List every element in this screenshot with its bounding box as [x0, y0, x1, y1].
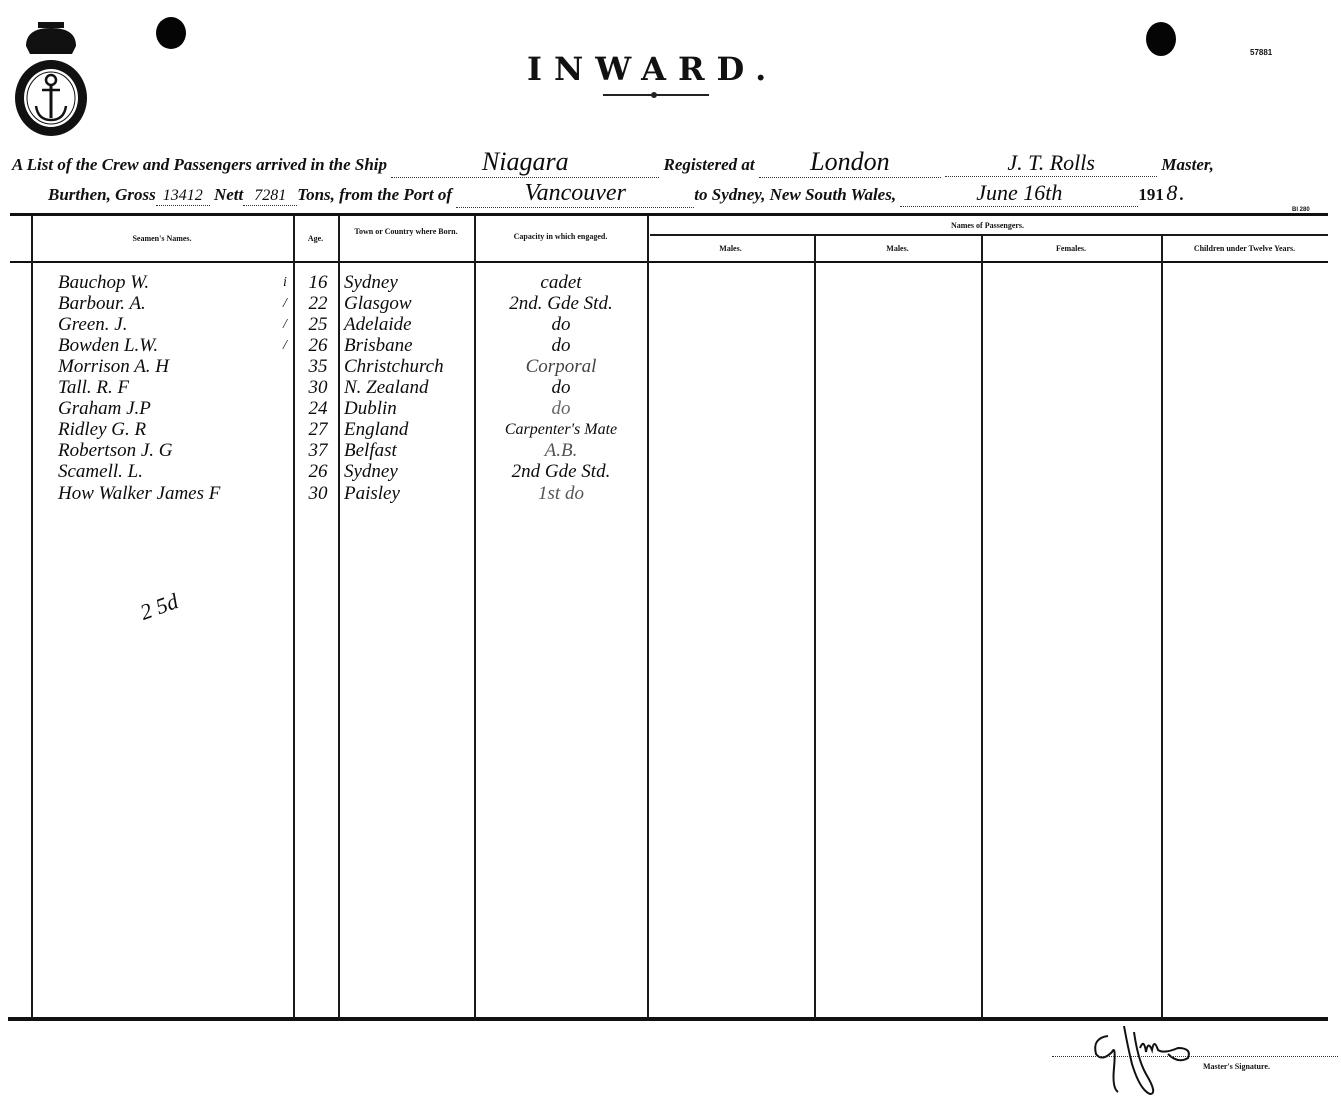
column-divider — [981, 234, 983, 1018]
crew-tick: i — [283, 272, 293, 293]
crew-capacity: cadet — [476, 272, 646, 293]
port-field: Vancouver — [456, 180, 694, 208]
crew-capacity: do — [476, 377, 646, 398]
crew-capacity: 2nd. Gde Std. — [476, 293, 646, 314]
crew-town: Sydney — [344, 272, 472, 293]
year-suffix: 8 — [1164, 180, 1180, 206]
year-end: . — [1180, 185, 1184, 204]
master-name: J. T. Rolls — [1007, 150, 1095, 175]
crew-name: Barbour. A. — [58, 293, 268, 314]
crew-capacity: 2nd Gde Std. — [476, 461, 646, 482]
column-divider — [1161, 234, 1163, 1018]
year-prefix: 191 — [1138, 185, 1164, 204]
signature-line — [1052, 1056, 1338, 1058]
crew-tick: / — [283, 293, 293, 314]
column-header-passengers: Names of Passengers. — [647, 221, 1328, 230]
crew-town: Christchurch — [344, 356, 472, 377]
crew-name: How Walker James F — [58, 483, 268, 504]
crew-town: Adelaide — [344, 314, 472, 335]
crew-age: 30 — [300, 483, 336, 504]
crew-name: Ridley G. R — [58, 419, 268, 440]
column-header-town: Town or Country where Born. — [346, 227, 466, 236]
column-header-capacity: Capacity in which engaged. — [474, 232, 647, 241]
crew-capacity: A.B. — [476, 440, 646, 461]
punch-hole — [1146, 22, 1176, 56]
crew-capacity: 1st do — [476, 483, 646, 504]
burthen-label: Burthen, Gross — [48, 185, 156, 204]
ship-name-field: Niagara — [391, 147, 659, 178]
column-divider — [647, 215, 649, 1018]
crew-capacity: do — [476, 335, 646, 356]
column-header-name: Seamen's Names. — [31, 234, 293, 243]
crew-name: Graham J.P — [58, 398, 268, 419]
header-line-1: A List of the Crew and Passengers arrive… — [12, 147, 1214, 178]
master-signature-label: Master's Signature. — [1203, 1062, 1270, 1071]
crew-town: Brisbane — [344, 335, 472, 356]
column-header-males-1: Males. — [647, 244, 814, 253]
column-header-age: Age. — [293, 234, 338, 243]
crew-age: 30 — [300, 377, 336, 398]
anchor-crown-emblem-icon — [12, 16, 90, 136]
crew-age: 22 — [300, 293, 336, 314]
margin-note: 2 5d — [137, 588, 182, 626]
destination-label: to Sydney, New South Wales, — [694, 185, 896, 204]
arrival-date: June 16th — [976, 180, 1062, 205]
master-name-field: J. T. Rolls — [945, 150, 1157, 177]
crew-town: England — [344, 419, 472, 440]
column-divider — [31, 215, 33, 1018]
gross-tons: 13412 — [163, 187, 203, 204]
column-divider — [338, 215, 340, 1018]
column-divider — [814, 234, 816, 1018]
crew-town: Paisley — [344, 483, 472, 504]
nett-label: Nett — [214, 185, 243, 204]
registered-at-field: London — [759, 147, 941, 178]
crew-age: 26 — [300, 461, 336, 482]
crew-name: Scamell. L. — [58, 461, 268, 482]
crew-age: 24 — [300, 398, 336, 419]
crew-age: 25 — [300, 314, 336, 335]
date-field: June 16th — [900, 180, 1138, 207]
passenger-subheader-rule — [650, 234, 1328, 236]
crew-town: Sydney — [344, 461, 472, 482]
crew-town: N. Zealand — [344, 377, 472, 398]
crew-age: 37 — [300, 440, 336, 461]
form-number: 57881 — [1250, 48, 1272, 57]
crew-capacity: Corporal — [476, 356, 646, 377]
crew-capacity: do — [476, 314, 646, 335]
crew-town: Glasgow — [344, 293, 472, 314]
crew-name: Bauchop W. — [58, 272, 268, 293]
column-header-males-2: Males. — [814, 244, 981, 253]
header-line-2: Burthen, Gross13412 Nett7281Tons, from t… — [48, 180, 1184, 208]
nett-tons: 7281 — [254, 187, 286, 204]
crew-age: 27 — [300, 419, 336, 440]
crew-age: 16 — [300, 272, 336, 293]
registered-label: Registered at — [664, 155, 755, 174]
crew-name: Morrison A. H — [58, 356, 268, 377]
crew-town: Dublin — [344, 398, 472, 419]
crew-tick: / — [283, 335, 293, 356]
crew-name: Tall. R. F — [58, 377, 268, 398]
master-label: Master, — [1161, 155, 1213, 174]
punch-hole — [156, 17, 186, 49]
column-header-children: Children under Twelve Years. — [1161, 244, 1328, 253]
list-prefix-label: A List of the Crew and Passengers arrive… — [12, 155, 387, 174]
table-header-rule — [10, 261, 1328, 263]
tons-from-label: Tons, from the Port of — [297, 185, 452, 204]
ship-name: Niagara — [482, 147, 569, 176]
column-divider — [293, 215, 295, 1018]
document-title: INWARD. — [527, 50, 778, 88]
crew-town: Belfast — [344, 440, 472, 461]
nett-tons-field: 7281 — [243, 185, 297, 206]
crew-capacity: do — [476, 398, 646, 419]
departure-port: Vancouver — [525, 180, 626, 206]
gross-tons-field: 13412 — [156, 185, 210, 206]
registered-port: London — [810, 147, 889, 176]
crew-tick: / — [283, 314, 293, 335]
table-top-rule — [10, 213, 1328, 216]
crew-name: Green. J. — [58, 314, 268, 335]
crew-capacity: Carpenter's Mate — [476, 419, 646, 440]
crew-name: Robertson J. G — [58, 440, 268, 461]
crew-age: 26 — [300, 335, 336, 356]
crew-age: 35 — [300, 356, 336, 377]
crew-name: Bowden L.W. — [58, 335, 268, 356]
column-header-females: Females. — [981, 244, 1161, 253]
title-ornament-dot — [651, 92, 657, 98]
